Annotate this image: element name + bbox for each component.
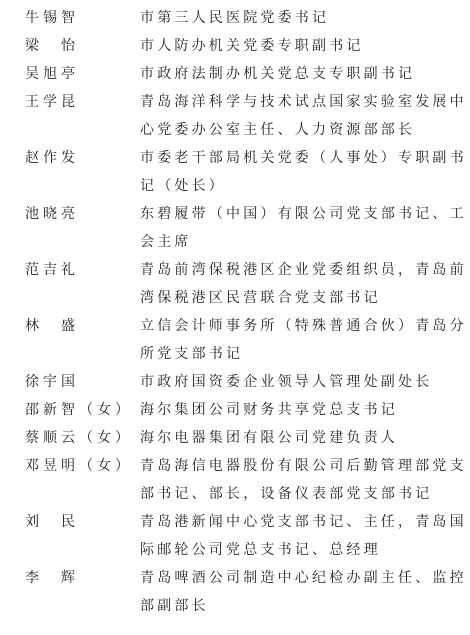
person-position: 青岛前湾保税港区企业党委组织员，青岛前 湾保税港区民营联合党支部书记 [140, 256, 450, 312]
position-line: 湾保税港区民营联合党支部书记 [140, 284, 450, 312]
person-name: 池晓亮 [0, 200, 140, 256]
position-line: 青岛海信电器股份有限公司后勤管理部党支 [140, 452, 450, 480]
person-position: 海尔集团公司财务共享党总支书记 [140, 396, 450, 424]
position-line: 部副部长 [140, 592, 450, 620]
person-name: 李 辉 [0, 564, 140, 620]
list-item: 邓昱明（女） 青岛海信电器股份有限公司后勤管理部党支 部书记、部长，设备仪表部党… [0, 452, 470, 508]
person-name: 邵新智（女） [0, 396, 140, 424]
position-line: 青岛前湾保税港区企业党委组织员，青岛前 [140, 256, 450, 284]
person-name: 邓昱明（女） [0, 452, 140, 508]
person-name: 刘 民 [0, 508, 140, 564]
person-position: 青岛海洋科学与技术试点国家实验室发展中 心党委办公室主任、人力资源部部长 [140, 88, 450, 144]
person-position: 市委老干部局机关党委（人事处）专职副书 记（处长） [140, 144, 450, 200]
person-name: 赵作发 [0, 144, 140, 200]
list-item: 赵作发 市委老干部局机关党委（人事处）专职副书 记（处长） [0, 144, 470, 200]
list-item: 蔡顺云（女） 海尔电器集团有限公司党建负责人 [0, 424, 470, 452]
position-line: 东碧履带（中国）有限公司党支部书记、工 [140, 200, 450, 228]
position-line: 市第三人民医院党委书记 [140, 4, 450, 32]
person-position: 市人防办机关党委专职副书记 [140, 32, 450, 60]
list-item: 梁 怡 市人防办机关党委专职副书记 [0, 32, 470, 60]
person-position: 市第三人民医院党委书记 [140, 4, 450, 32]
person-name: 范吉礼 [0, 256, 140, 312]
person-position: 市政府国资委企业领导人管理处副处长 [140, 368, 450, 396]
person-position: 海尔电器集团有限公司党建负责人 [140, 424, 450, 452]
person-position: 东碧履带（中国）有限公司党支部书记、工 会主席 [140, 200, 450, 256]
person-name: 梁 怡 [0, 32, 140, 60]
position-line: 会主席 [140, 228, 450, 256]
position-line: 立信会计师事务所（特殊普通合伙）青岛分 [140, 312, 450, 340]
person-position: 市政府法制办机关党总支专职副书记 [140, 60, 450, 88]
position-line: 青岛港新闻中心党支部书记、主任，青岛国 [140, 508, 450, 536]
list-item: 刘 民 青岛港新闻中心党支部书记、主任，青岛国 际邮轮公司党总支书记、总经理 [0, 508, 470, 564]
list-item: 范吉礼 青岛前湾保税港区企业党委组织员，青岛前 湾保税港区民营联合党支部书记 [0, 256, 470, 312]
position-line: 市委老干部局机关党委（人事处）专职副书 [140, 144, 450, 172]
person-name: 徐宇国 [0, 368, 140, 396]
position-line: 海尔电器集团有限公司党建负责人 [140, 424, 450, 452]
list-item: 吴旭亭 市政府法制办机关党总支专职副书记 [0, 60, 470, 88]
list-item: 邵新智（女） 海尔集团公司财务共享党总支书记 [0, 396, 470, 424]
list-item: 牛锡智 市第三人民医院党委书记 [0, 4, 470, 32]
position-line: 心党委办公室主任、人力资源部部长 [140, 116, 450, 144]
person-name: 林 盛 [0, 312, 140, 368]
person-position: 立信会计师事务所（特殊普通合伙）青岛分 所党支部书记 [140, 312, 450, 368]
position-line: 部书记、部长，设备仪表部党支部书记 [140, 480, 450, 508]
position-line: 记（处长） [140, 172, 450, 200]
person-name: 王学昆 [0, 88, 140, 144]
person-name: 吴旭亭 [0, 60, 140, 88]
person-name: 蔡顺云（女） [0, 424, 140, 452]
position-line: 市政府国资委企业领导人管理处副处长 [140, 368, 450, 396]
list-item: 林 盛 立信会计师事务所（特殊普通合伙）青岛分 所党支部书记 [0, 312, 470, 368]
list-item: 徐宇国 市政府国资委企业领导人管理处副处长 [0, 368, 470, 396]
list-item: 池晓亮 东碧履带（中国）有限公司党支部书记、工 会主席 [0, 200, 470, 256]
person-position: 青岛啤酒公司制造中心纪检办副主任、监控 部副部长 [140, 564, 450, 620]
position-line: 青岛海洋科学与技术试点国家实验室发展中 [140, 88, 450, 116]
list-item: 王学昆 青岛海洋科学与技术试点国家实验室发展中 心党委办公室主任、人力资源部部长 [0, 88, 470, 144]
position-line: 市人防办机关党委专职副书记 [140, 32, 450, 60]
person-name: 牛锡智 [0, 4, 140, 32]
position-line: 海尔集团公司财务共享党总支书记 [140, 396, 450, 424]
personnel-list: 牛锡智 市第三人民医院党委书记 梁 怡 市人防办机关党委专职副书记 吴旭亭 市政… [0, 4, 470, 620]
position-line: 青岛啤酒公司制造中心纪检办副主任、监控 [140, 564, 450, 592]
position-line: 际邮轮公司党总支书记、总经理 [140, 536, 450, 564]
person-position: 青岛海信电器股份有限公司后勤管理部党支 部书记、部长，设备仪表部党支部书记 [140, 452, 450, 508]
person-position: 青岛港新闻中心党支部书记、主任，青岛国 际邮轮公司党总支书记、总经理 [140, 508, 450, 564]
position-line: 市政府法制办机关党总支专职副书记 [140, 60, 450, 88]
list-item: 李 辉 青岛啤酒公司制造中心纪检办副主任、监控 部副部长 [0, 564, 470, 620]
position-line: 所党支部书记 [140, 340, 450, 368]
